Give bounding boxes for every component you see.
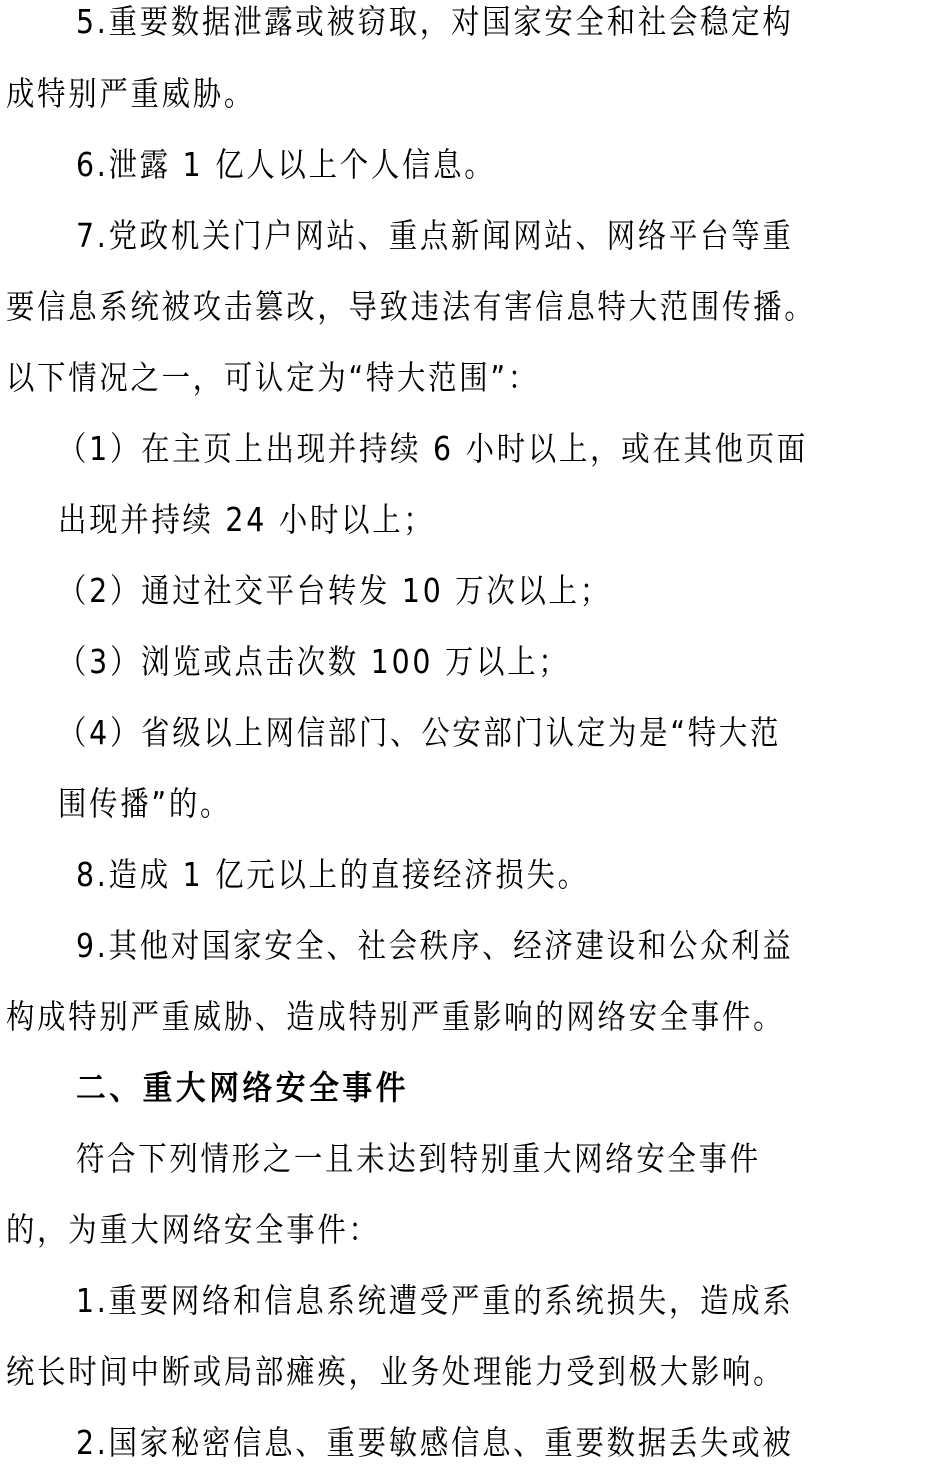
section-heading: 二、重大网络安全事件 <box>76 1068 409 1108</box>
paragraph-item-6: 6.泄露 1 亿人以上个人信息。 <box>76 145 495 185</box>
paragraph-item-5: 5.重要数据泄露或被窃取，对国家安全和社会稳定构 <box>76 2 793 42</box>
major-item-1: 1.重要网络和信息系统遭受严重的系统损失，造成系 <box>76 1281 793 1321</box>
paragraph-item-9-cont: 构成特别严重威胁、造成特别严重影响的网络安全事件。 <box>6 997 784 1037</box>
sub-item-3: （3）浏览或点击次数 100 万以上； <box>58 642 569 682</box>
sub-item-1: （1）在主页上出现并持续 6 小时以上，或在其他页面 <box>58 429 808 469</box>
section-intro-cont: 的，为重大网络安全事件： <box>6 1210 380 1250</box>
major-item-1-cont: 统长时间中断或局部瘫痪，业务处理能力受到极大影响。 <box>6 1352 784 1392</box>
sub-item-4: （4）省级以上网信部门、公安部门认定为是“特大范 <box>58 713 781 753</box>
paragraph-item-9: 9.其他对国家安全、社会秩序、经济建设和公众利益 <box>76 926 793 966</box>
paragraph-item-7-cont2: 以下情况之一，可认定为“特大范围”： <box>6 358 539 398</box>
major-item-2: 2.国家秘密信息、重要敏感信息、重要数据丢失或被 <box>76 1423 793 1463</box>
paragraph-item-7: 7.党政机关门户网站、重点新闻网站、网络平台等重 <box>76 216 793 256</box>
section-intro: 符合下列情形之一且未达到特别重大网络安全事件 <box>76 1139 761 1179</box>
paragraph-item-5-cont: 成特别严重威胁。 <box>6 74 255 114</box>
sub-item-1-cont: 出现并持续 24 小时以上； <box>58 500 434 540</box>
paragraph-item-7-cont: 要信息系统被攻击篡改，导致违法有害信息特大范围传播。 <box>6 287 815 327</box>
sub-item-4-cont: 围传播”的。 <box>58 784 231 824</box>
paragraph-item-8: 8.造成 1 亿元以上的直接经济损失。 <box>76 855 589 895</box>
sub-item-2: （2）通过社交平台转发 10 万次以上； <box>58 571 611 611</box>
